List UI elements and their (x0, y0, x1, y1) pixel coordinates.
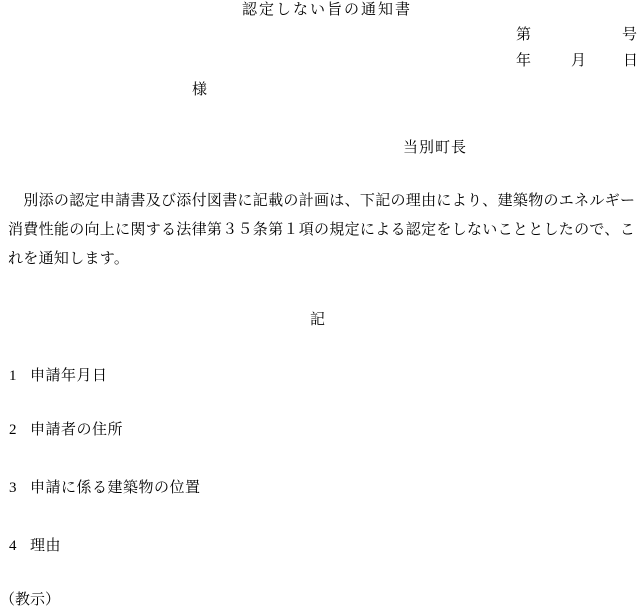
list-item-number-4: 4 (9, 538, 17, 554)
list-item-label-4: 理由 (30, 538, 61, 554)
body-line-3: れを通知します。 (8, 251, 129, 267)
date-day-label: 日 (623, 53, 638, 69)
record-marker: 記 (310, 312, 325, 328)
body-line-2: 消費性能の向上に関する法律第３５条第１項の規定による認定をしないこととしたので、… (8, 222, 635, 238)
body-line-1: 別添の認定申請書及び添付図書に記載の計画は、下記の理由により、建築物のエネルギー (8, 193, 635, 209)
list-item-number-3: 3 (9, 480, 17, 496)
list-item-label-2: 申請者の住所 (30, 422, 123, 438)
issuer-title: 当別町長 (403, 140, 467, 156)
notification-document-page: 認定しない旨の通知書 第 号 年 月 日 様 当別町長 別添の認定申請書及び添付… (0, 0, 638, 609)
doc-number-prefix: 第 (516, 27, 531, 43)
doc-number-suffix: 号 (622, 27, 637, 43)
date-year-label: 年 (516, 53, 531, 69)
addressee-honorific: 様 (192, 82, 207, 98)
list-item-label-1: 申請年月日 (30, 368, 108, 384)
list-item-number-1: 1 (9, 368, 17, 384)
date-month-label: 月 (571, 53, 586, 69)
document-title: 認定しない旨の通知書 (242, 2, 412, 18)
list-item-label-3: 申請に係る建築物の位置 (30, 480, 201, 496)
footer-note: （教示） (0, 592, 60, 608)
list-item-number-2: 2 (9, 422, 17, 438)
